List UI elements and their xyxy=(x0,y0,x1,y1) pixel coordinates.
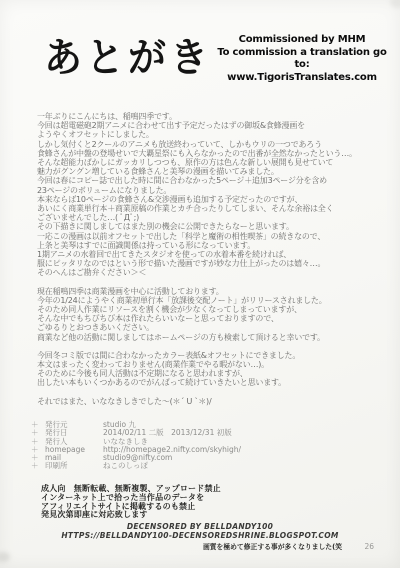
colophon-value: ねこのしっぽ xyxy=(103,462,361,470)
colophon-label: 印刷所 xyxy=(45,462,103,470)
afterword-closing: それではまた、いななきしきでした～(＊´ U `＊)/ xyxy=(37,397,377,406)
colophon: ＋発行元studio 九＋発行日2014/02/11 二版 2013/12/31… xyxy=(31,421,361,471)
translator-credit-url: www.TigorisTranslates.com xyxy=(210,72,394,85)
page-number: 26 xyxy=(364,542,374,551)
afterword-paragraph: 現在稲鳴四季は商業漫画を中心に活動しております。今年の1/24にようやく商業初単… xyxy=(37,287,377,342)
page-title: あとがき xyxy=(44,25,212,83)
decensor-credit: DECENSORED BY BELLDANDY100 HTTPS://BELLD… xyxy=(0,522,400,540)
decensor-credit-line: DECENSORED BY BELLDANDY100 xyxy=(0,522,400,531)
colophon-row: ＋homepagehttp://homepage2.nifty.com/skyh… xyxy=(31,446,361,454)
afterword-paragraph: 今回冬コミ版では間に合わなかったカラー表紙&オフセットにできました。本文はまった… xyxy=(37,351,377,388)
scan-artifact xyxy=(0,552,10,562)
afterword-page: あとがき Commissioned by MHM To commission a… xyxy=(0,0,400,568)
colophon-row: ＋mailstudio9@nifty.com xyxy=(31,454,361,462)
colophon-row: ＋印刷所ねこのしっぽ xyxy=(31,462,361,470)
afterword-paragraph: 一年ぶりにこんにちは、稲鳴四季です。今回は超電磁砲2期アニメに合わせて出す予定だ… xyxy=(37,112,377,278)
translator-credit: Commissioned by MHM To commission a tran… xyxy=(210,34,394,84)
colophon-row: ＋発行日2014/02/11 二版 2013/12/31 初版 xyxy=(31,429,361,437)
afterword-body: 一年ぶりにこんにちは、稲鳴四季です。今回は超電磁砲2期アニメに合わせて出す予定だ… xyxy=(37,112,377,415)
bottom-note: 画質を極めて修正する事が多くなりました(笑 xyxy=(203,541,342,551)
adult-warning: 成人向 無断転載、無断複製、アップロード禁止インターネット上で拾った当作品のデー… xyxy=(41,485,221,520)
decensor-credit-url: HTTPS://BELLDANDY100-DECENSOREDSHRINE.BL… xyxy=(0,531,400,540)
translator-credit-line1: Commissioned by MHM xyxy=(210,34,394,47)
colophon-bullet: ＋ xyxy=(31,462,45,470)
translator-credit-line2: To commission a translation go to: xyxy=(210,47,394,72)
scan-artifact xyxy=(390,0,400,8)
